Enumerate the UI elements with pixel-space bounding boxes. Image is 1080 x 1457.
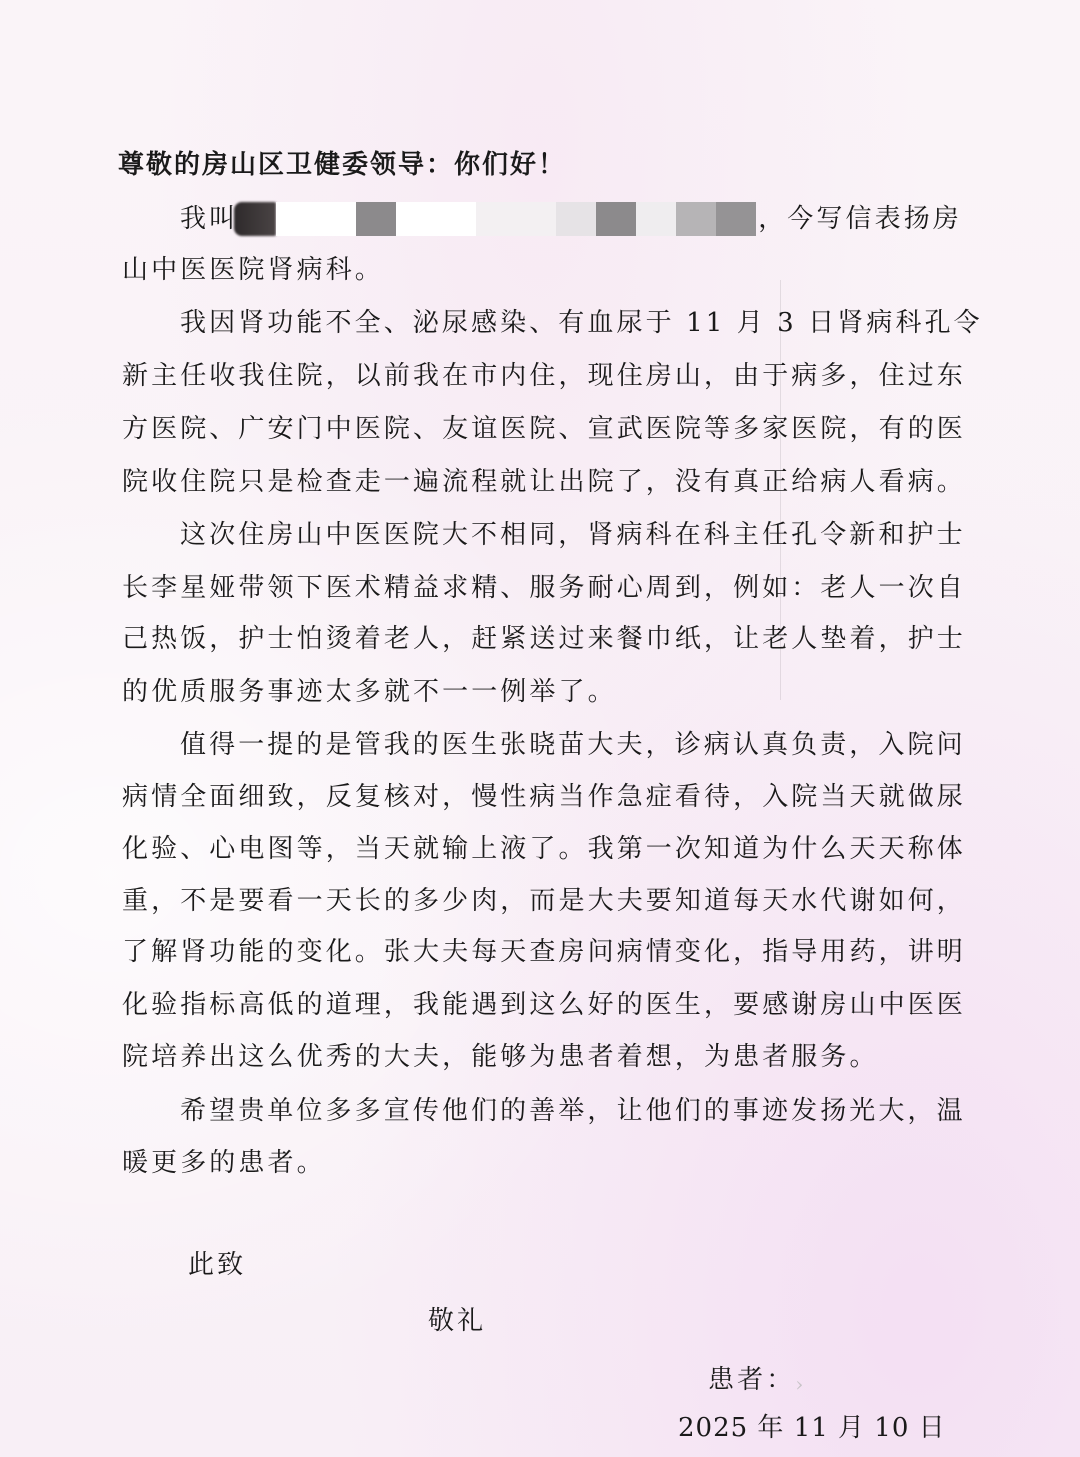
- closing-jingli: 敬礼: [428, 1306, 486, 1336]
- paragraph-3-line: 化验、心电图等，当天就输上液了。我第一次知道为什么天天称体: [122, 834, 966, 864]
- paragraph-3-line: 值得一提的是管我的医生张晓苗大夫，诊病认真负责，入院问: [180, 730, 966, 760]
- intro-line-2: 山中医医院肾病科。: [122, 255, 384, 285]
- name-redaction: [234, 202, 794, 238]
- paragraph-1-line: 院收住院只是检查走一遍流程就让出院了，没有真正给病人看病。: [122, 467, 966, 497]
- paragraph-2-line: 的优质服务事迹太多就不一一例举了。: [122, 677, 617, 707]
- salutation: 尊敬的房山区卫健委领导：你们好！: [118, 150, 566, 180]
- paragraph-3-line: 院培养出这么优秀的大夫，能够为患者着想，为患者服务。: [122, 1042, 879, 1072]
- closing-cizhi: 此致: [188, 1250, 246, 1280]
- paragraph-1-line: 方医院、广安门中医院、友谊医院、宣武医院等多家医院，有的医: [122, 414, 966, 444]
- signature-line: 患者：›: [708, 1365, 815, 1395]
- paragraph-4-line: 暖更多的患者。: [122, 1148, 326, 1178]
- signature-label: 患者：: [708, 1365, 795, 1395]
- signature-redaction: ›: [795, 1369, 815, 1393]
- paragraph-2-line: 长李星娅带领下医术精益求精、服务耐心周到，例如：老人一次自: [122, 573, 966, 603]
- letter-date: 2025 年 11 月 10 日: [678, 1413, 946, 1443]
- paragraph-3-line: 病情全面细致，反复核对，慢性病当作急症看待，入院当天就做尿: [122, 782, 966, 812]
- paragraph-2-line: 这次住房山中医医院大不相同，肾病科在科主任孔令新和护士: [180, 520, 966, 550]
- paragraph-3-line: 重，不是要看一天长的多少肉，而是大夫要知道每天水代谢如何，: [122, 886, 966, 916]
- paragraph-4-line: 希望贵单位多多宣传他们的善举，让他们的事迹发扬光大，温: [180, 1096, 966, 1126]
- letter-paper: 尊敬的房山区卫健委领导：你们好！ 我叫 ，今写信表扬房 山中医医院肾病科。 我因…: [0, 0, 1080, 1457]
- paragraph-3-line: 化验指标高低的道理，我能遇到这么好的医生，要感谢房山中医医: [122, 990, 966, 1020]
- paragraph-1-line: 新主任收我住院，以前我在市内住，现住房山，由于病多，住过东: [122, 361, 966, 391]
- paragraph-2-line: 己热饭，护士怕烫着老人，赶紧送过来餐巾纸，让老人垫着，护士: [122, 624, 966, 654]
- intro-prefix: 我叫: [180, 204, 238, 234]
- paragraph-3-line: 了解肾功能的变化。张大夫每天查房问病情变化，指导用药，讲明: [122, 937, 966, 967]
- paragraph-1-line: 我因肾功能不全、泌尿感染、有血尿于 11 月 3 日肾病科孔令: [180, 308, 983, 338]
- intro-line: 我叫 ，今写信表扬房: [180, 202, 962, 238]
